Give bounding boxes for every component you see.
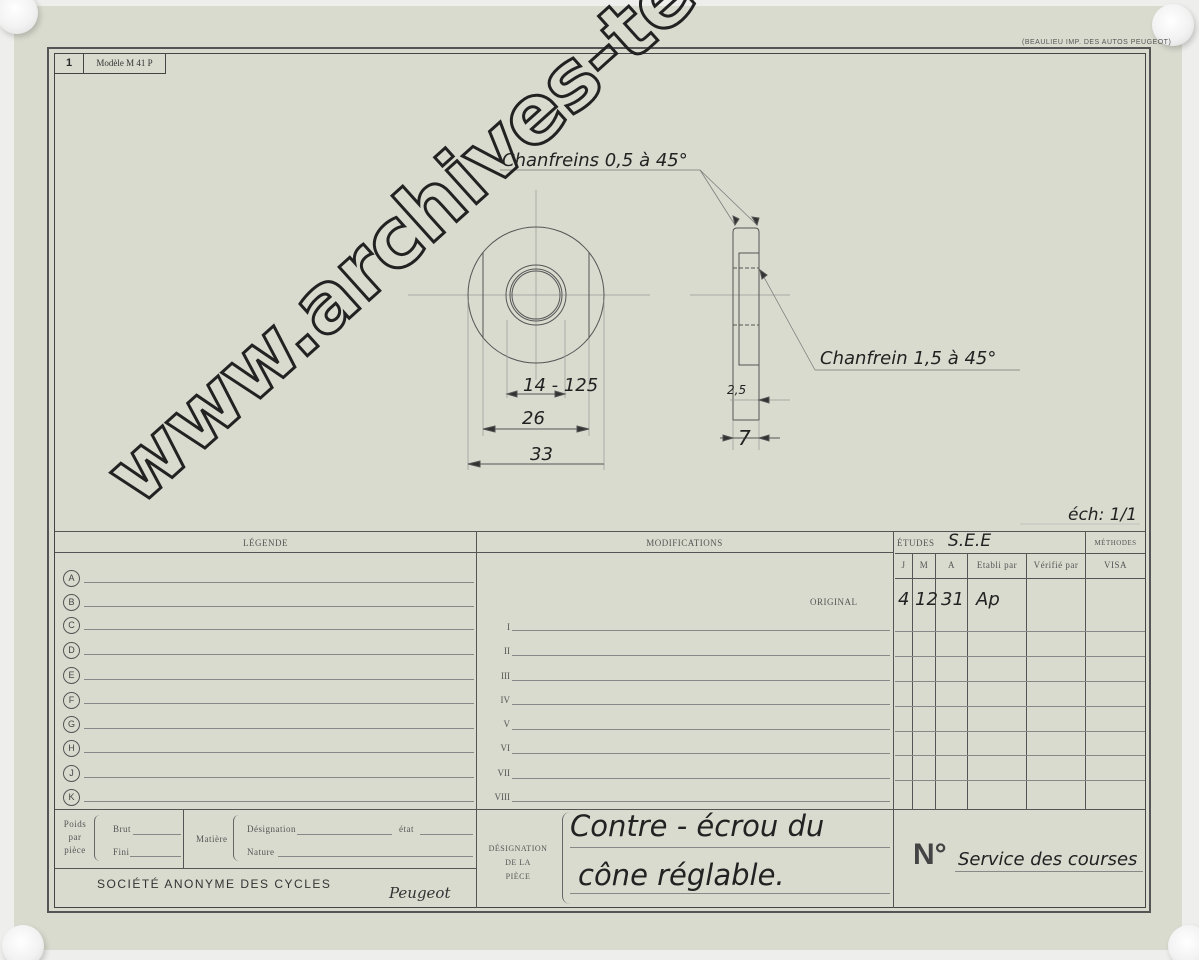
mod-row-label-3: III: [480, 671, 510, 681]
weight-brace: [94, 815, 101, 861]
weight-label-line: Poids: [60, 818, 90, 831]
original-label: ORIGINAL: [810, 597, 858, 607]
original-day: 4: [898, 589, 909, 610]
etudes-row-rule: [895, 681, 1145, 682]
legend-marker-d: D: [63, 642, 80, 659]
thickness-dimension: 7: [738, 426, 751, 450]
mod-line-6[interactable]: [512, 753, 890, 754]
mod-row-label-1: I: [480, 622, 510, 632]
legend-marker-g: G: [63, 716, 80, 733]
legend-marker-b: B: [63, 594, 80, 611]
chamfer-side-annotation: Chanfrein 1,5 à 45°: [820, 348, 996, 369]
original-month: 12: [915, 589, 938, 610]
company-rule: [55, 868, 476, 869]
legend-marker-j: J: [63, 765, 80, 782]
weight-divider: [183, 809, 184, 868]
methodes-divider: [1085, 531, 1086, 809]
legend-line-a[interactable]: [84, 582, 474, 583]
mod-line-4[interactable]: [512, 704, 890, 705]
designation-label: Désignation: [247, 824, 296, 834]
header-rule: [55, 552, 893, 553]
etudes-row-rule: [895, 755, 1145, 756]
original-etabli-par: Ap: [976, 589, 1000, 610]
etudes-department: S.E.E: [948, 531, 991, 551]
mod-row-label-2: II: [480, 646, 510, 656]
etat-label: état: [399, 824, 414, 834]
legend-line-e[interactable]: [84, 679, 474, 680]
etudes-header-rule: [895, 553, 1145, 554]
mod-line-3[interactable]: [512, 680, 890, 681]
number-label: N°: [913, 838, 947, 872]
small-dimension: 2,5: [727, 383, 746, 397]
etudes-row-rule: [895, 706, 1145, 707]
col-verifie-header: Vérifié par: [1027, 560, 1085, 570]
legend-line-g[interactable]: [84, 728, 474, 729]
legend-line-j[interactable]: [84, 777, 474, 778]
legend-marker-k: K: [63, 789, 80, 806]
mod-row-label-8: VIII: [480, 792, 510, 802]
weight-label: Poids par pièce: [60, 818, 90, 857]
part-line-1: [570, 847, 890, 848]
methodes-header: MÉTHODES: [1086, 539, 1145, 547]
legend-marker-h: H: [63, 740, 80, 757]
col-visa-header: VISA: [1086, 560, 1145, 570]
inner-flat-dimension: 26: [522, 408, 545, 429]
brut-label: Brut: [113, 824, 131, 834]
legend-line-b[interactable]: [84, 606, 474, 607]
legend-line-k[interactable]: [84, 801, 474, 802]
material-brace: [233, 815, 240, 861]
etudes-row-rule: [895, 631, 1145, 632]
etudes-col-rule: [895, 578, 1145, 579]
col-j-header: J: [895, 560, 912, 570]
part-label: DÉSIGNATION DE LA PIÈCE: [478, 838, 558, 888]
brut-field[interactable]: [133, 834, 181, 835]
mod-line-5[interactable]: [512, 729, 890, 730]
outer-diameter-dimension: 33: [530, 444, 553, 465]
mod-line-7[interactable]: [512, 778, 890, 779]
etat-field[interactable]: [420, 834, 473, 835]
original-year: 31: [941, 589, 964, 610]
material-label: Matière: [196, 834, 227, 844]
legend-line-h[interactable]: [84, 752, 474, 753]
mod-row-label-5: V: [480, 719, 510, 729]
col-etabli-header: Etabli par: [968, 560, 1026, 570]
mod-line-1[interactable]: [512, 630, 890, 631]
part-name-line1: Contre - écrou du: [570, 809, 824, 843]
legend-line-c[interactable]: [84, 629, 474, 630]
nature-label: Nature: [247, 847, 275, 857]
etudes-row-rule: [895, 656, 1145, 657]
weight-label-line: pièce: [60, 844, 90, 857]
legend-line-f[interactable]: [84, 703, 474, 704]
weight-label-line: par: [60, 831, 90, 844]
legend-divider: [476, 531, 477, 908]
etudes-header: ÉTUDES: [897, 538, 935, 548]
part-label-line: PIÈCE: [478, 866, 558, 888]
legend-marker-e: E: [63, 667, 80, 684]
legend-marker-a: A: [63, 570, 80, 587]
mod-line-8[interactable]: [512, 801, 890, 802]
legend-header: LÉGENDE: [55, 538, 476, 548]
part-line-2: [570, 893, 890, 894]
legend-marker-c: C: [63, 617, 80, 634]
etudes-row-rule: [895, 780, 1145, 781]
scale-label: éch: 1/1: [1068, 505, 1137, 525]
etudes-row-rule: [895, 731, 1145, 732]
number-value: Service des courses: [958, 849, 1137, 870]
modifications-header: MODIFICATIONS: [476, 538, 893, 548]
legend-marker-f: F: [63, 692, 80, 709]
mod-row-label-6: VI: [480, 743, 510, 753]
mod-line-2[interactable]: [512, 655, 890, 656]
company-name: SOCIÉTÉ ANONYME DES CYCLES: [97, 877, 331, 891]
fini-label: Fini: [113, 847, 130, 857]
col-a-header: A: [936, 560, 967, 570]
fini-field[interactable]: [130, 856, 181, 857]
nature-field[interactable]: [278, 856, 473, 857]
col-m-header: M: [913, 560, 935, 570]
mod-row-label-7: VII: [480, 768, 510, 778]
designation-field[interactable]: [297, 834, 392, 835]
modifications-divider: [893, 531, 894, 908]
thread-dimension: 14 - 125: [523, 375, 598, 396]
part-name-line2: cône réglable.: [578, 858, 785, 892]
mod-row-label-4: IV: [480, 695, 510, 705]
legend-line-d[interactable]: [84, 654, 474, 655]
number-line: [955, 871, 1143, 872]
company-brand: Peugeot: [389, 884, 451, 902]
